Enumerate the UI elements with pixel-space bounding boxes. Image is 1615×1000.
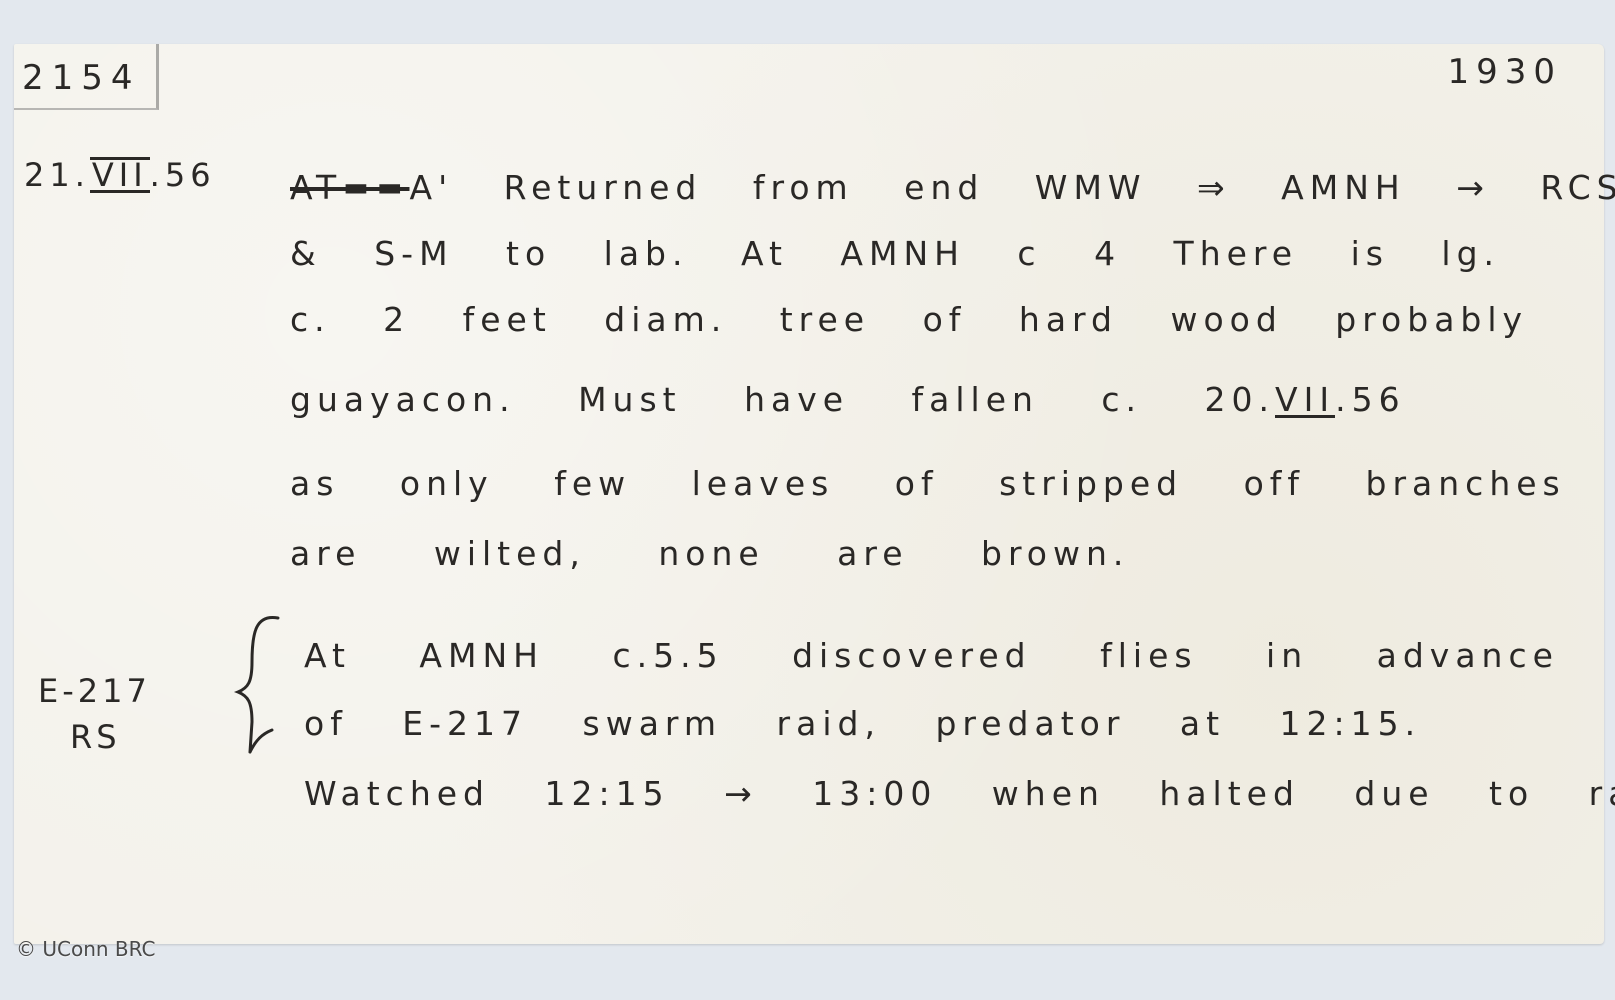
entry-date-month: VII — [90, 157, 150, 193]
note-line-3: c. 2 feet diam. tree of hard wood probab… — [290, 300, 1528, 339]
card-year: 1930 — [1447, 52, 1562, 92]
copyright-watermark: © UConn BRC — [16, 937, 156, 961]
note-line-4: guayacon. Must have fallen c. 20.VII.56 — [290, 380, 1406, 419]
note-line-4-pre: guayacon. Must have fallen c. 20. — [290, 380, 1275, 419]
entry-date-year: 56 — [165, 156, 216, 194]
note-line-8: of E-217 swarm raid, predator at 12:15. — [304, 704, 1421, 743]
note-line-1-text: Returned from end WMW ⇒ AMNH → RCS — [504, 168, 1615, 207]
struck-out-prefix: AT== — [290, 168, 409, 207]
margin-note-code: RS — [70, 718, 121, 756]
card-number: 2154 — [22, 58, 141, 98]
curly-brace-icon — [226, 612, 286, 762]
note-line-2: & S-M to lab. At AMNH c 4 There is lg. — [290, 234, 1500, 273]
note-line-7: At AMNH c.5.5 discovered flies in advanc… — [304, 636, 1559, 675]
note-line-4-roman: VII — [1275, 385, 1335, 418]
note-line-4-post: .56 — [1335, 380, 1405, 419]
note-line-6: are wilted, none are brown. — [290, 534, 1129, 573]
entry-date-day: 21 — [24, 156, 75, 194]
note-line-5: as only few leaves of stripped off branc… — [290, 464, 1566, 503]
struck-prefix-letter: A — [409, 168, 438, 207]
field-note-card: 2154 1930 21.VII.56 AT==A' Returned from… — [14, 44, 1604, 944]
margin-note-colony: E-217 — [38, 672, 151, 710]
entry-date: 21.VII.56 — [24, 156, 216, 194]
note-line-9: Watched 12:15 → 13:00 when halted due to… — [304, 774, 1615, 813]
note-line-1: AT==A' Returned from end WMW ⇒ AMNH → RC… — [290, 168, 1615, 207]
